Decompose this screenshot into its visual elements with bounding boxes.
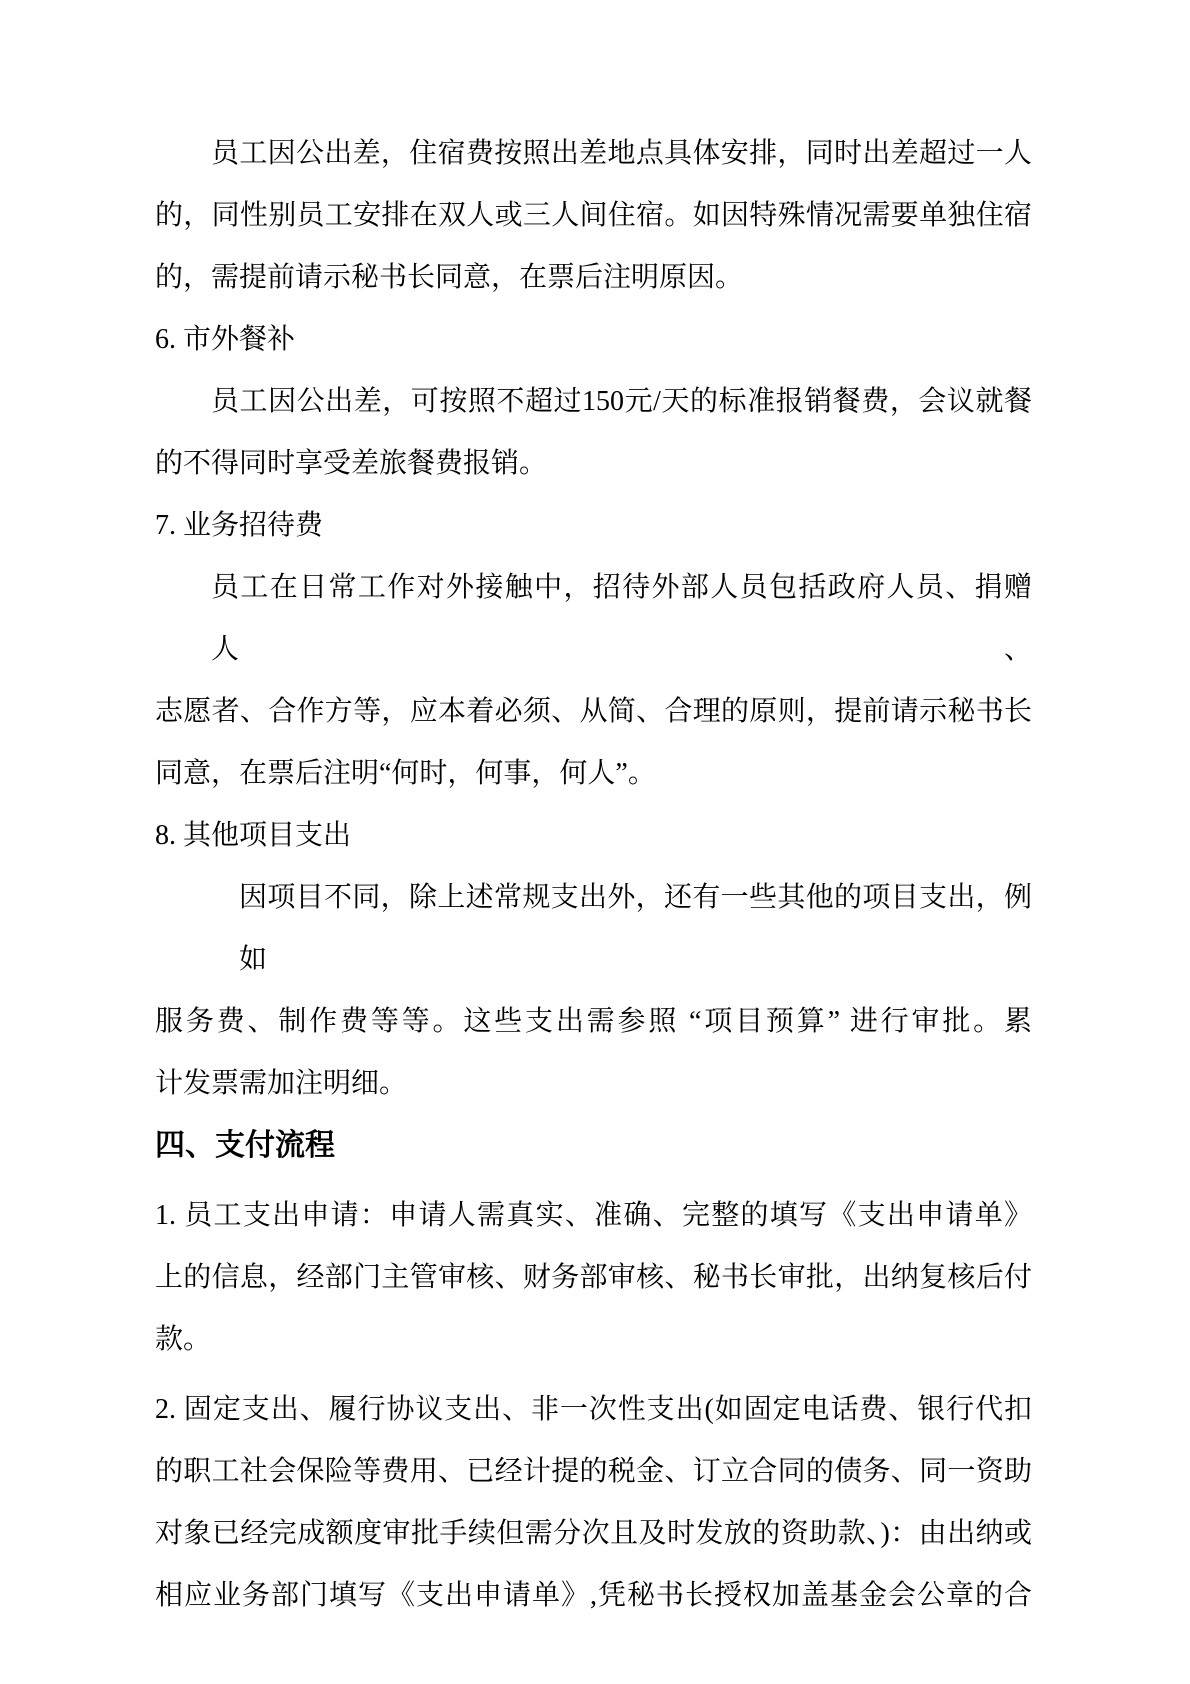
- numbered-item-7: 7. 业务招待费: [155, 495, 1032, 557]
- paragraph-hospitality: 员工在日常工作对外接触中，招待外部人员包括政府人员、捐赠人、 志愿者、合作方等，…: [155, 557, 1032, 805]
- text-line: 计发票需加注明细。: [155, 1053, 1032, 1115]
- numbered-item-8: 8. 其他项目支出: [155, 805, 1032, 867]
- text-line: 的职工社会保险等费用、已经计提的税金、订立合同的债务、同一资助: [155, 1441, 1032, 1503]
- item-label: 7. 业务招待费: [155, 495, 1032, 557]
- paragraph-lodging: 员工因公出差，住宿费按照出差地点具体安排，同时出差超过一人 的，同性别员工安排在…: [155, 123, 1032, 309]
- text-line: 的，同性别员工安排在双人或三人间住宿。如因特殊情况需要单独住宿: [155, 185, 1032, 247]
- paragraph-other-expenses: 因项目不同，除上述常规支出外，还有一些其他的项目支出，例如 服务费、制作费等等。…: [155, 867, 1032, 1115]
- text-line: 员工因公出差，住宿费按照出差地点具体安排，同时出差超过一人: [155, 123, 1032, 185]
- text-line: 员工因公出差，可按照不超过150元/天的标准报销餐费，会议就餐: [155, 371, 1032, 433]
- text-line: 的不得同时享受差旅餐费报销。: [155, 433, 1032, 495]
- document-body: 员工因公出差，住宿费按照出差地点具体安排，同时出差超过一人 的，同性别员工安排在…: [155, 123, 1032, 1627]
- section-heading-payment-process: 四、支付流程: [155, 1115, 1032, 1177]
- text-line: 同意，在票后注明“何时，何事，何人”。: [155, 743, 1032, 805]
- text-line: 因项目不同，除上述常规支出外，还有一些其他的项目支出，例如: [155, 867, 1032, 991]
- text-line: 的，需提前请示秘书长同意，在票后注明原因。: [155, 247, 1032, 309]
- text-line: 对象已经完成额度审批手续但需分次且及时发放的资助款、)：由出纳或: [155, 1503, 1032, 1565]
- item-label: 6. 市外餐补: [155, 309, 1032, 371]
- text-line: 相应业务部门填写《支出申请单》,凭秘书长授权加盖基金会公章的合: [155, 1565, 1032, 1627]
- document-page: 员工因公出差，住宿费按照出差地点具体安排，同时出差超过一人 的，同性别员工安排在…: [0, 0, 1190, 1684]
- paragraph-payment-step-1: 1. 员工支出申请：申请人需真实、准确、完整的填写《支出申请单》 上的信息，经部…: [155, 1185, 1032, 1371]
- paragraph-meal-allowance: 员工因公出差，可按照不超过150元/天的标准报销餐费，会议就餐 的不得同时享受差…: [155, 371, 1032, 495]
- item-label: 8. 其他项目支出: [155, 805, 1032, 867]
- text-line: 2. 固定支出、履行协议支出、非一次性支出(如固定电话费、银行代扣: [155, 1379, 1032, 1441]
- text-line: 员工在日常工作对外接触中，招待外部人员包括政府人员、捐赠人、: [155, 557, 1032, 681]
- text-line: 志愿者、合作方等，应本着必须、从简、合理的原则，提前请示秘书长: [155, 681, 1032, 743]
- numbered-item-6: 6. 市外餐补: [155, 309, 1032, 371]
- paragraph-payment-step-2: 2. 固定支出、履行协议支出、非一次性支出(如固定电话费、银行代扣 的职工社会保…: [155, 1379, 1032, 1627]
- text-line: 1. 员工支出申请：申请人需真实、准确、完整的填写《支出申请单》: [155, 1185, 1032, 1247]
- text-line: 服务费、制作费等等。这些支出需参照 “项目预算” 进行审批。累: [155, 991, 1032, 1053]
- heading-text: 四、支付流程: [155, 1115, 1032, 1177]
- text-line: 上的信息，经部门主管审核、财务部审核、秘书长审批，出纳复核后付: [155, 1247, 1032, 1309]
- text-line: 款。: [155, 1309, 1032, 1371]
